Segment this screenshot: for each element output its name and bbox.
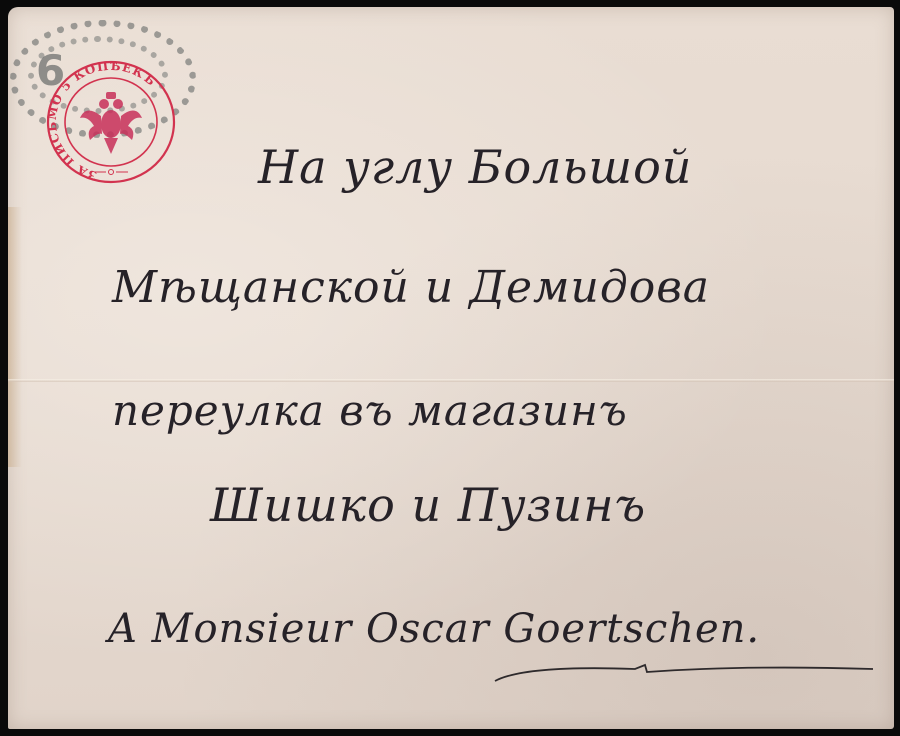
address-line-3: переулка въ магазинъ — [112, 386, 628, 435]
eagle-icon — [80, 92, 142, 154]
address-line-4: Шишко и Пузинъ — [210, 478, 646, 532]
flourish-underline — [485, 663, 875, 683]
fold-crease — [8, 379, 894, 382]
foxing-stain — [8, 207, 22, 467]
address-line-2: Мѣщанской и Демидова — [112, 262, 710, 313]
address-line-1: На углу Большой — [258, 140, 692, 194]
imprinted-stamp: ЗА ПИСЬМО 5 КОПѢЕКЪ — [42, 56, 180, 184]
address-line-5: A Monsieur Oscar Goertschen. — [108, 606, 760, 652]
